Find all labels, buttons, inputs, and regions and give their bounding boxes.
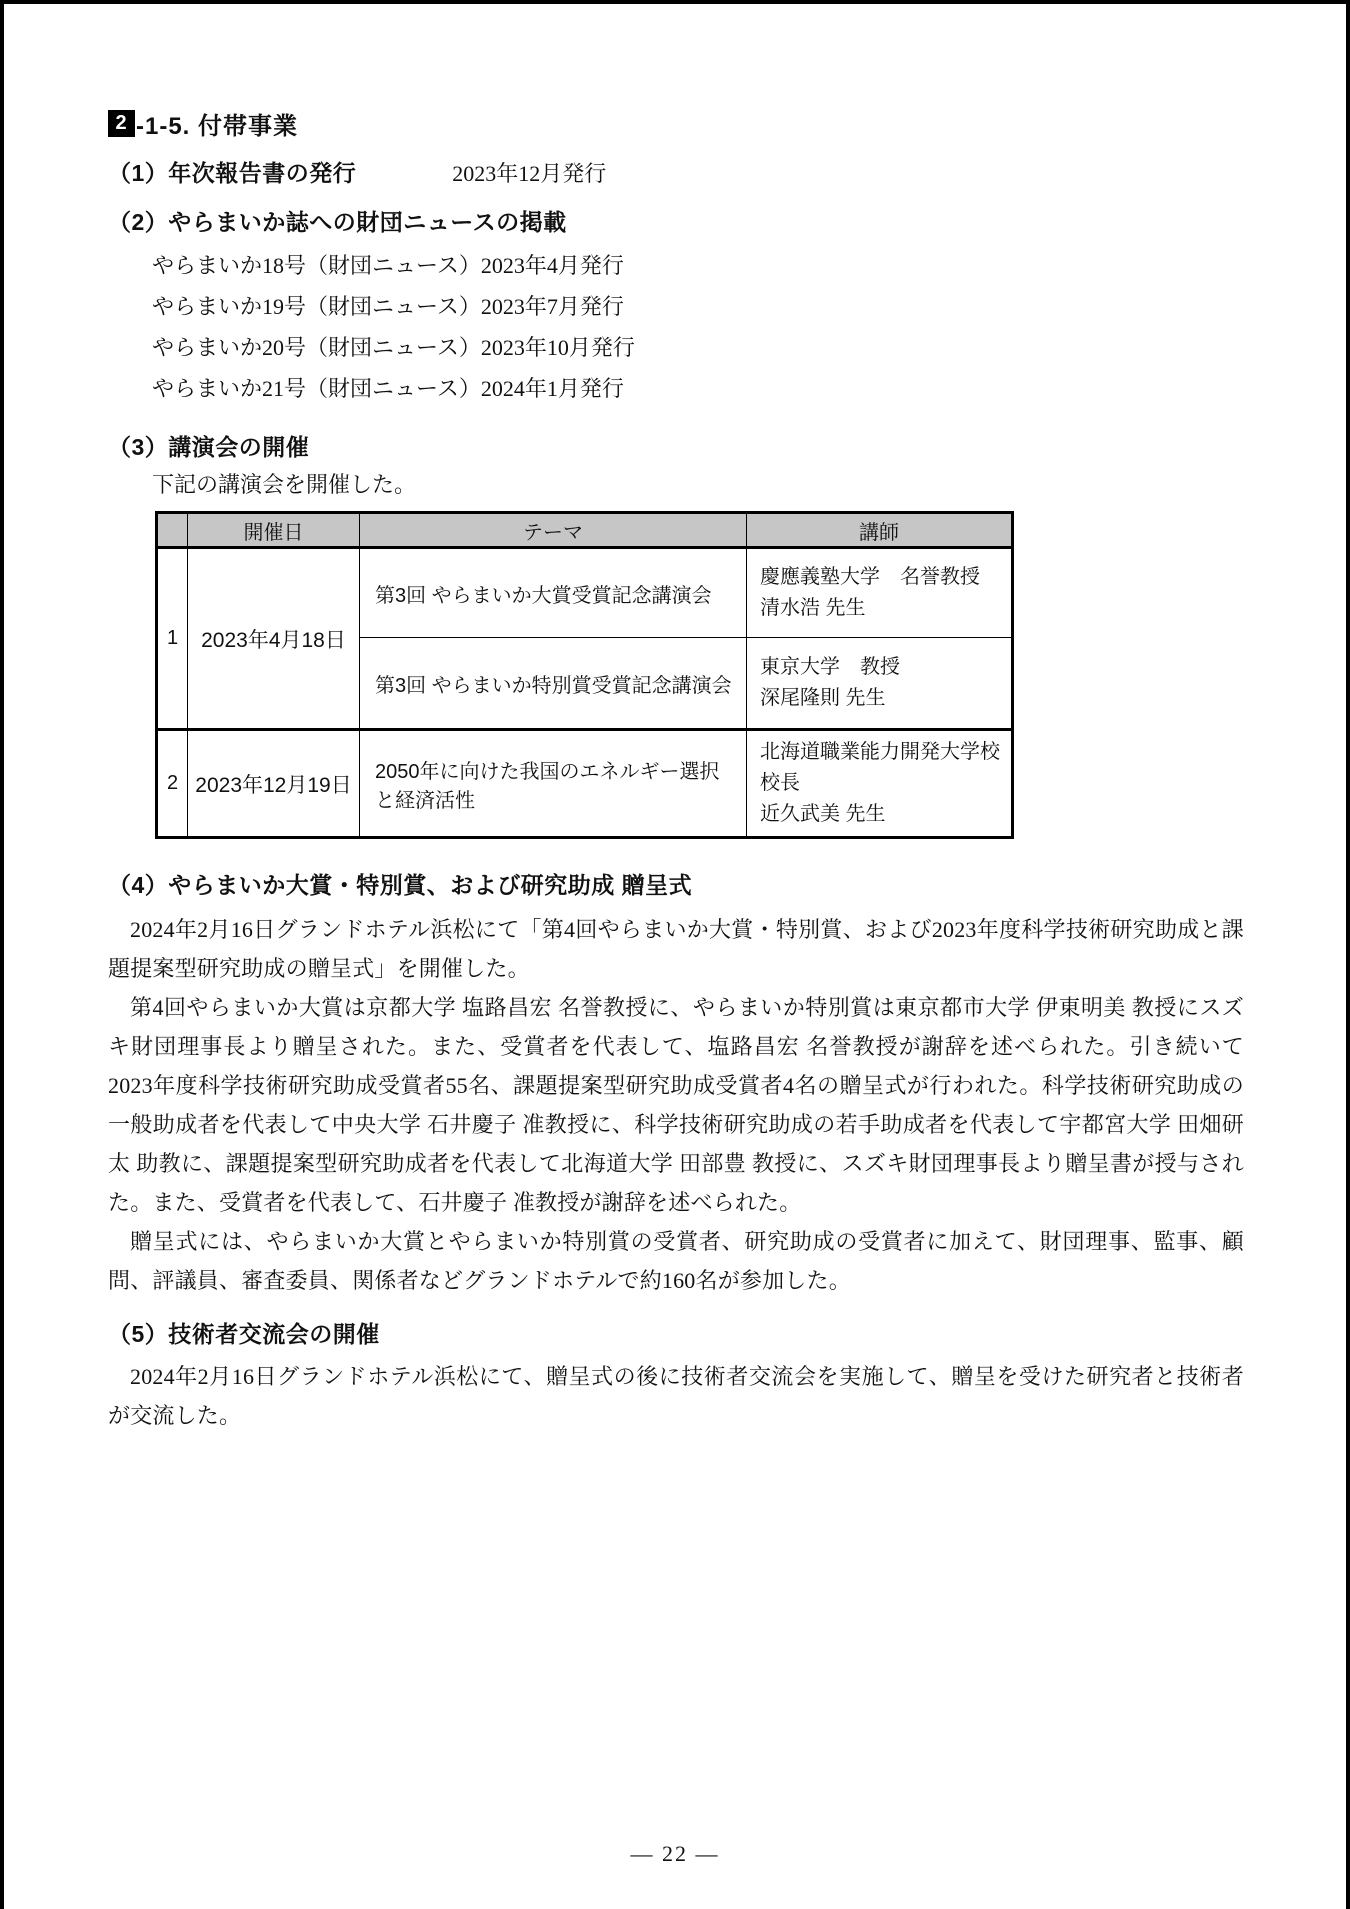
col-header-blank [157,513,188,548]
ceremony-paragraph: 2024年2月16日グランドホテル浜松にて「第4回やらまいか大賞・特別賞、および… [108,910,1244,988]
annual-report-issue-value: 2023年12月発行 [452,157,606,188]
document-page: 2-1-5. 付帯事業 （1）年次報告書の発行 2023年12月発行 （2）やら… [0,0,1350,1909]
section-number-badge: 2 [108,110,135,137]
date-cell: 2023年4月18日 [188,548,360,730]
ceremony-paragraph: 贈呈式には、やらまいか大賞とやらまいか特別賞の受賞者、研究助成の受賞者に加えて、… [108,1222,1244,1300]
lecturer-affiliation: 東京大学 教授 [760,652,1003,683]
newsletter-list-item: やらまいか19号（財団ニュース）2023年7月発行 [152,286,1244,327]
newsletter-list-item: やらまいか20号（財団ニュース）2023年10月発行 [152,327,1244,368]
lecture-intro: 下記の講演会を開催した。 [152,468,1244,499]
newsletter-list-item: やらまいか18号（財団ニュース）2023年4月発行 [152,245,1244,286]
newsletter-list-item: やらまいか21号（財団ニュース）2024年1月発行 [152,368,1244,409]
page-number: ― 22 ― [4,1841,1346,1867]
subsection-5-heading: （5）技術者交流会の開催 [108,1316,1244,1349]
table-header-row: 開催日 テーマ 講師 [157,513,1013,548]
newsletter-list: やらまいか18号（財団ニュース）2023年4月発行 やらまいか19号（財団ニュー… [152,245,1244,409]
subsection-1-heading: （1）年次報告書の発行 [108,155,356,188]
table-row: 2 2023年12月19日 2050年に向けた我国のエネルギー選択と経済活性 北… [157,730,1013,838]
subsection-4-heading: （4）やらまいか大賞・特別賞、および研究助成 贈呈式 [108,867,1244,900]
section-heading: 2-1-5. 付帯事業 [108,106,1244,141]
theme-cell: 2050年に向けた我国のエネルギー選択と経済活性 [360,730,747,838]
lecture-table: 開催日 テーマ 講師 1 2023年4月18日 第3回 やらまいか大賞受賞記念講… [155,511,1014,839]
lecturer-cell: 東京大学 教授 深尾隆則 先生 [747,638,1013,730]
lecturer-cell: 北海道職業能力開発大学校 校長 近久武美 先生 [747,730,1013,838]
subsection-3: （3）講演会の開催 下記の講演会を開催した。 開催日 テーマ 講師 1 [108,429,1244,839]
subsection-2: （2）やらまいか誌への財団ニュースの掲載 やらまいか18号（財団ニュース）202… [108,204,1244,409]
lecturer-name: 近久武美 先生 [760,799,1003,830]
col-header-lecturer: 講師 [747,513,1013,548]
table-row: 1 2023年4月18日 第3回 やらまいか大賞受賞記念講演会 慶應義塾大学 名… [157,548,1013,638]
subsection-5: （5）技術者交流会の開催 2024年2月16日グランドホテル浜松にて、贈呈式の後… [108,1316,1244,1435]
subsection-1-row: （1）年次報告書の発行 2023年12月発行 [108,155,1244,188]
ceremony-paragraph: 第4回やらまいか大賞は京都大学 塩路昌宏 名誉教授に、やらまいか特別賞は東京都市… [108,988,1244,1222]
lecturer-affiliation: 北海道職業能力開発大学校 校長 [760,737,1003,799]
theme-cell: 第3回 やらまいか大賞受賞記念講演会 [360,548,747,638]
row-number-cell: 2 [157,730,188,838]
lecturer-name: 深尾隆則 先生 [760,683,1003,714]
lecturer-affiliation: 慶應義塾大学 名誉教授 [760,562,1003,593]
row-number-cell: 1 [157,548,188,730]
section-title: -1-5. 付帯事業 [136,106,298,141]
date-cell: 2023年12月19日 [188,730,360,838]
col-header-theme: テーマ [360,513,747,548]
exchange-paragraph: 2024年2月16日グランドホテル浜松にて、贈呈式の後に技術者交流会を実施して、… [108,1357,1244,1435]
page-content: 2-1-5. 付帯事業 （1）年次報告書の発行 2023年12月発行 （2）やら… [4,4,1346,1435]
col-header-date: 開催日 [188,513,360,548]
subsection-2-heading: （2）やらまいか誌への財団ニュースの掲載 [108,204,1244,237]
subsection-4: （4）やらまいか大賞・特別賞、および研究助成 贈呈式 2024年2月16日グラン… [108,867,1244,1300]
lecturer-cell: 慶應義塾大学 名誉教授 清水浩 先生 [747,548,1013,638]
subsection-3-heading: （3）講演会の開催 [108,429,1244,462]
theme-cell: 第3回 やらまいか特別賞受賞記念講演会 [360,638,747,730]
lecturer-name: 清水浩 先生 [760,593,1003,624]
